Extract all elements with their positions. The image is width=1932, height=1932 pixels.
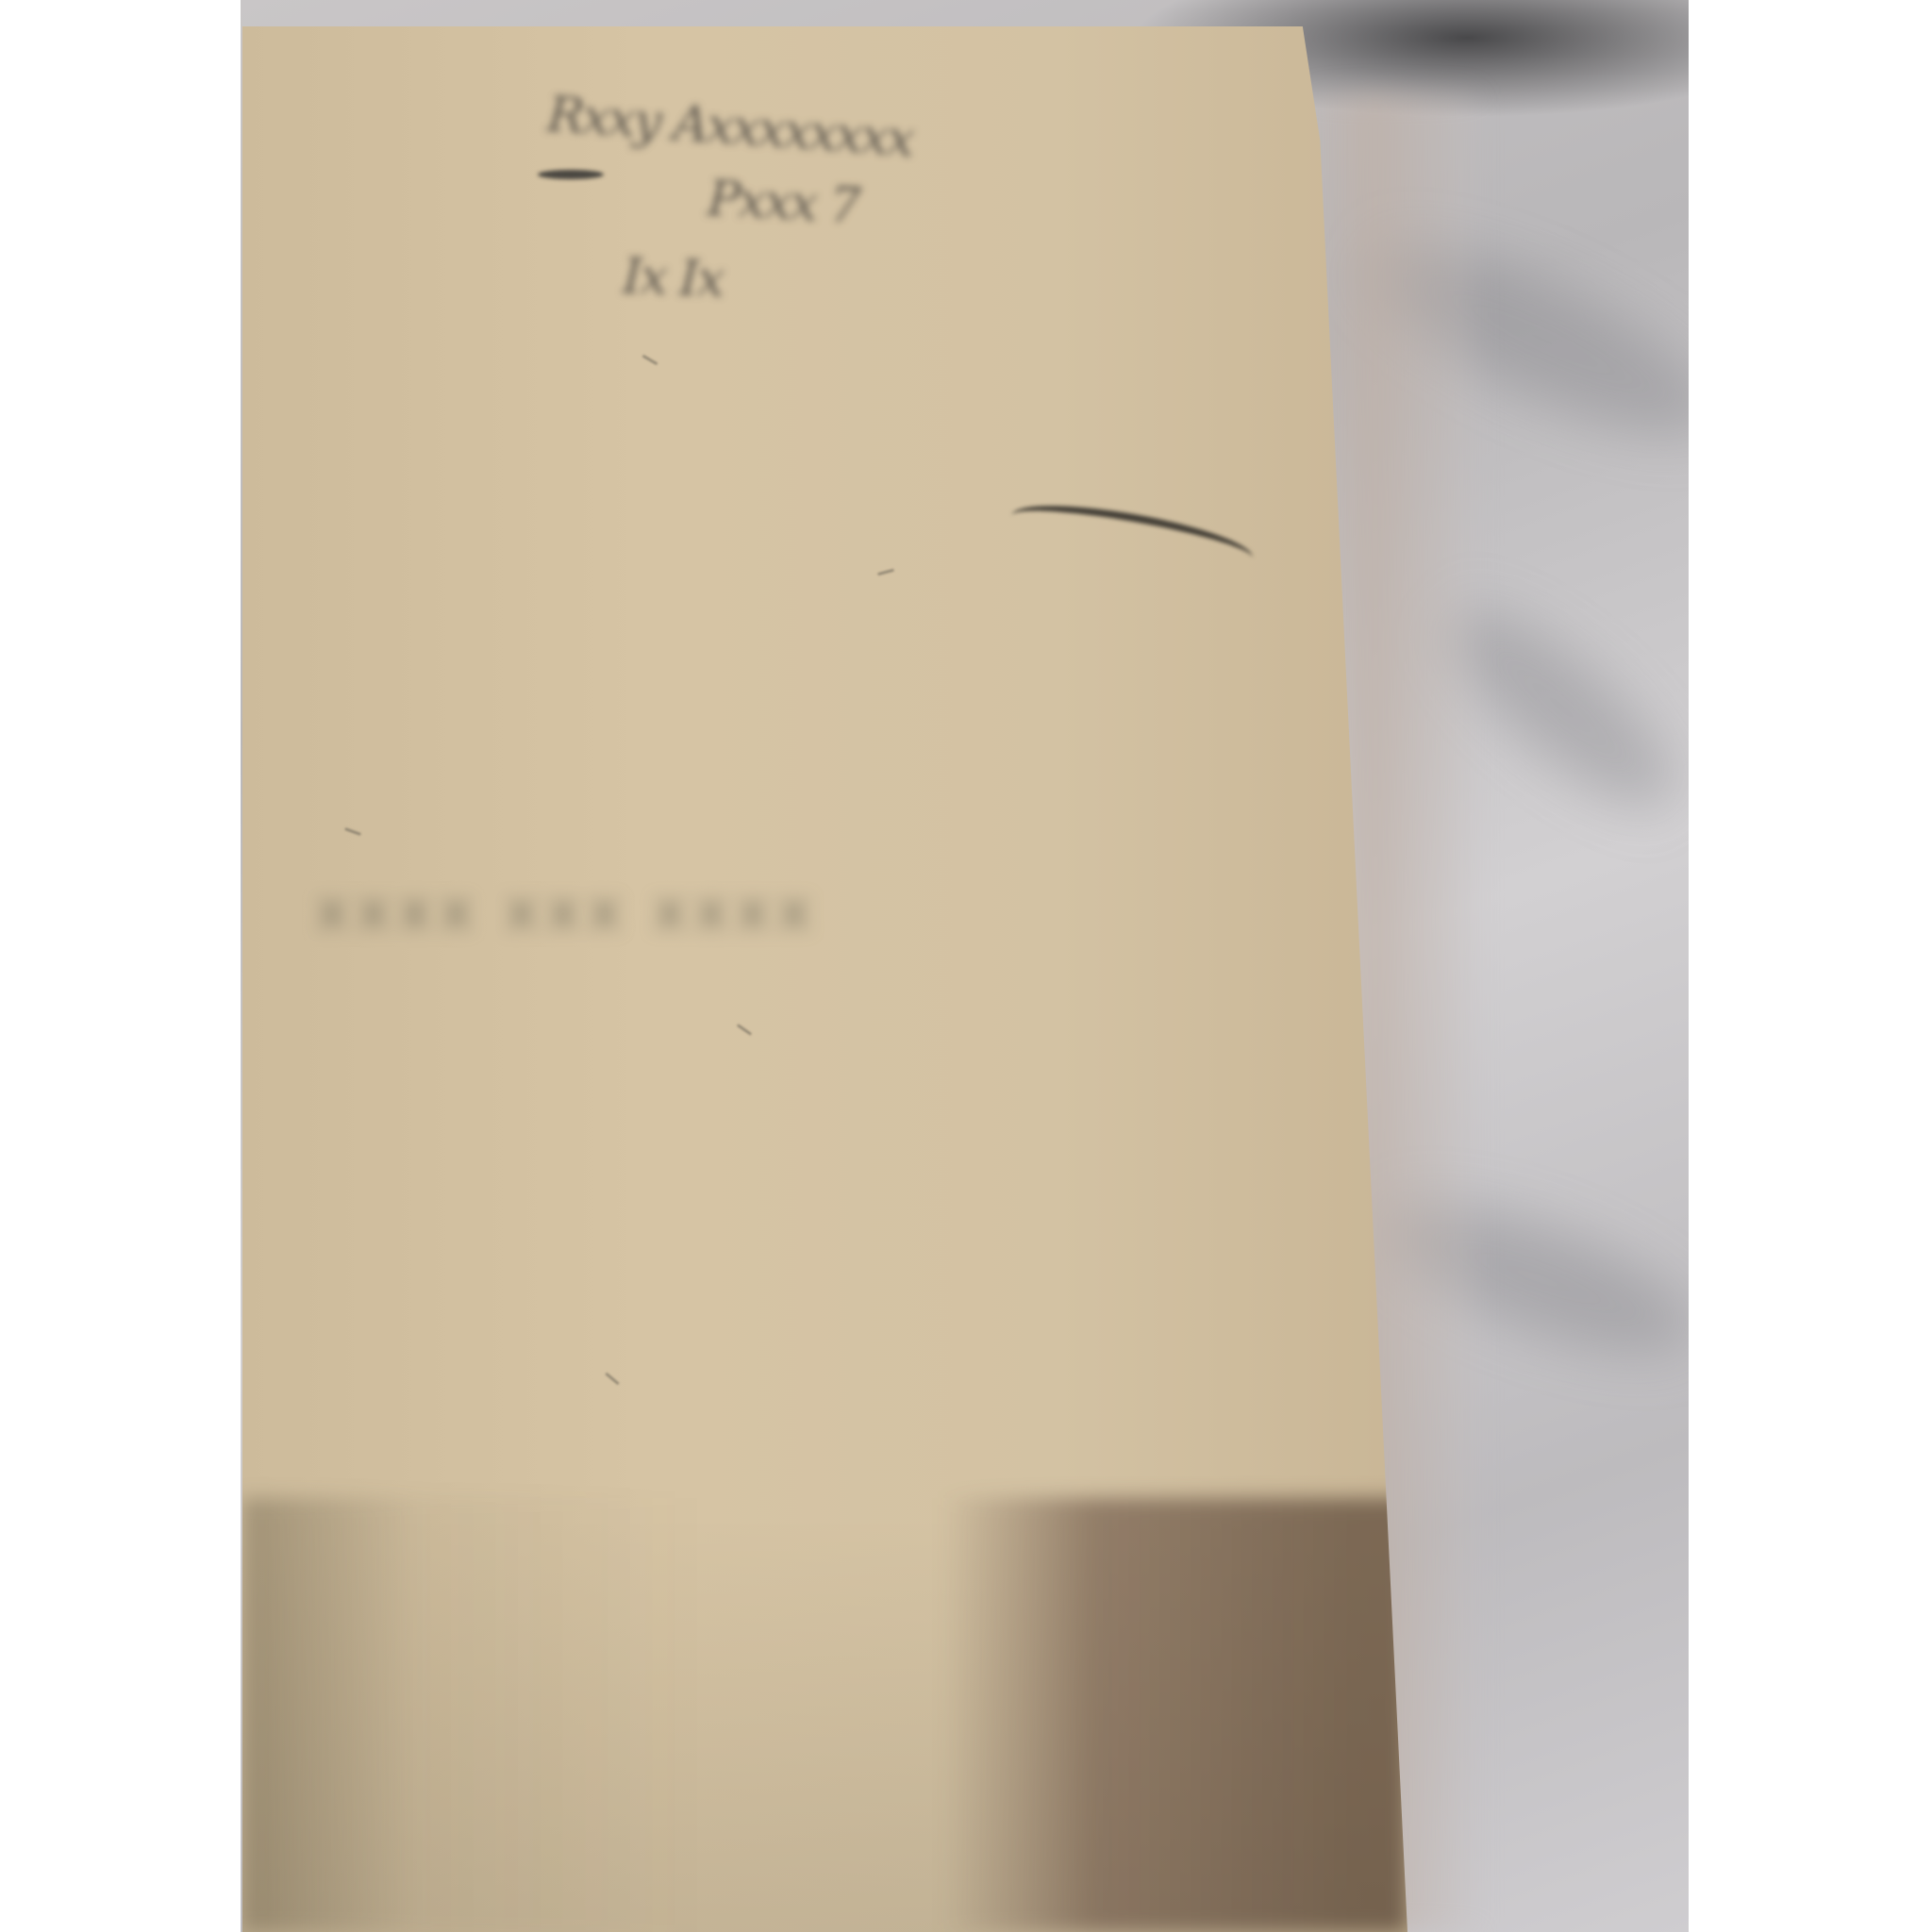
pencil-dash xyxy=(538,170,604,179)
handwritten-inscription: Rxxy Axxxxxxxx Pxxx 7 Ix Ix xyxy=(311,80,1123,325)
hand-shadow xyxy=(242,1498,1407,1932)
printed-text: XXXX XXX XXXX xyxy=(316,891,920,939)
inscription-line: Rxxy Axxxxxxxx xyxy=(545,87,914,169)
inscription-line: Pxxx 7 xyxy=(707,171,861,235)
inscription-line: Ix Ix xyxy=(622,248,724,308)
